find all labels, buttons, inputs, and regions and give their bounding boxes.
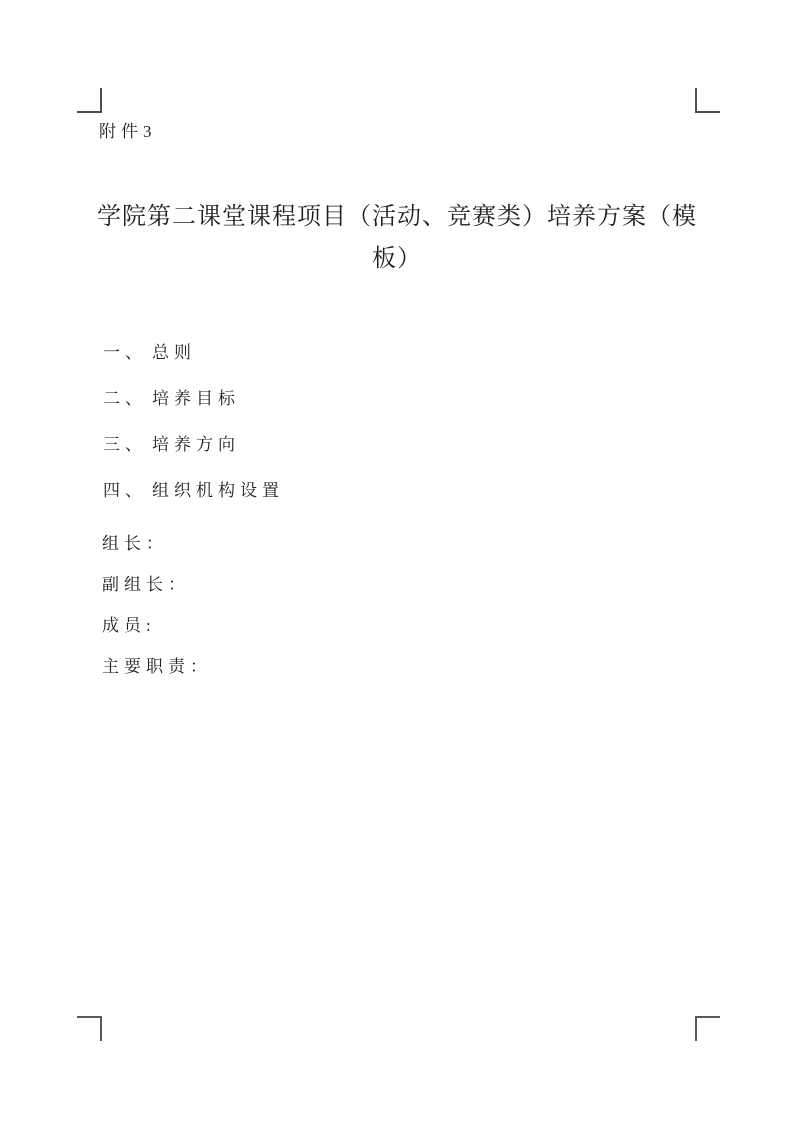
crop-mark-top-right-icon xyxy=(695,88,720,113)
outline-item-organization: 四、组织机构设置 xyxy=(103,479,284,503)
outline-list: 一、总则 二、培养目标 三、培养方向 四、组织机构设置 xyxy=(103,341,284,525)
outline-item-training-goal: 二、培养目标 xyxy=(103,387,284,411)
outline-item-label: 培养方向 xyxy=(152,435,240,454)
field-list: 组长： 副组长： 成员: 主要职责： xyxy=(102,532,212,696)
outline-item-label: 培养目标 xyxy=(152,389,240,408)
outline-item-number: 四、 xyxy=(103,479,152,503)
field-deputy-leader: 副组长： xyxy=(102,573,212,597)
outline-item-label: 组织机构设置 xyxy=(152,481,284,500)
page-title-line-2: 板） xyxy=(60,238,734,280)
outline-item-training-direction: 三、培养方向 xyxy=(103,433,284,457)
attachment-note: 附件3 xyxy=(99,122,157,142)
field-group-leader: 组长： xyxy=(102,532,212,556)
page-title: 学院第二课堂课程项目（活动、竞赛类）培养方案（模 板） xyxy=(0,196,794,280)
crop-mark-top-left-icon xyxy=(77,88,102,113)
crop-mark-bottom-right-icon xyxy=(695,1016,720,1041)
field-main-duties: 主要职责： xyxy=(102,655,212,679)
outline-item-number: 三、 xyxy=(103,433,152,457)
field-members: 成员: xyxy=(102,614,212,638)
outline-item-label: 总则 xyxy=(152,343,196,362)
outline-item-number: 一、 xyxy=(103,341,152,365)
document-page: 附件3 学院第二课堂课程项目（活动、竞赛类）培养方案（模 板） 一、总则 二、培… xyxy=(0,0,794,1123)
page-title-line-1: 学院第二课堂课程项目（活动、竞赛类）培养方案（模 xyxy=(60,196,734,238)
outline-item-number: 二、 xyxy=(103,387,152,411)
outline-item-general: 一、总则 xyxy=(103,341,284,365)
crop-mark-bottom-left-icon xyxy=(77,1016,102,1041)
